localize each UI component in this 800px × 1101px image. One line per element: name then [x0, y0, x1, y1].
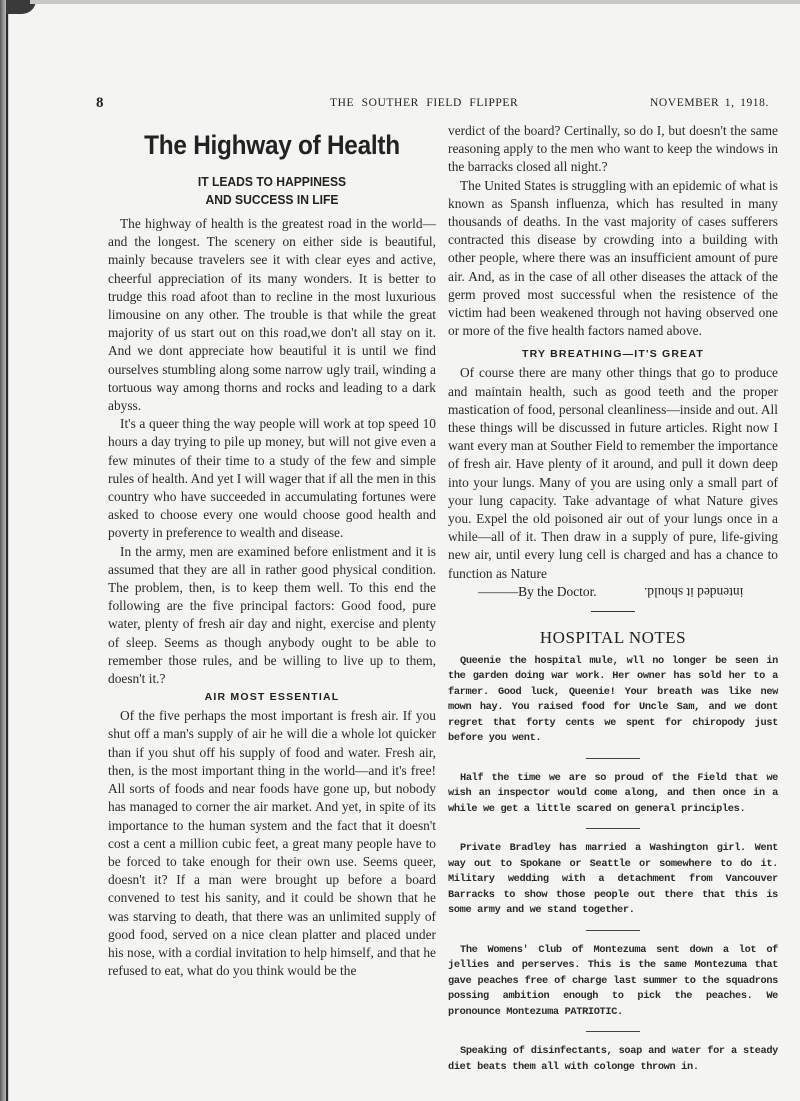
article-paragraph: It's a queer thing the way people will w…	[108, 415, 436, 542]
article-paragraph: The United States is struggling with an …	[448, 177, 778, 341]
hospital-note: Speaking of disinfectants, soap and wate…	[448, 1044, 778, 1075]
article-paragraph: Of course there are many other things th…	[448, 364, 778, 582]
hospital-note: Queenie the hospital mule, wll no longer…	[448, 654, 778, 747]
note-divider	[586, 828, 640, 829]
article-paragraph: In the army, men are examined before enl…	[108, 543, 436, 689]
upside-down-text: intended it should.	[644, 583, 743, 601]
binding-edge-line	[6, 8, 8, 1101]
hospital-note: The Womens' Club of Montezuma sent down …	[448, 943, 778, 1021]
paper-name: THE SOUTHER FIELD FLIPPER	[330, 97, 518, 109]
hospital-notes-title: HOSPITAL NOTES	[448, 628, 778, 648]
running-head: 8 THE SOUTHER FIELD FLIPPER NOVEMBER 1, …	[0, 95, 800, 115]
right-column: verdict of the board? Certinally, so do …	[448, 122, 778, 1075]
issue-date: NOVEMBER 1, 1918.	[650, 97, 769, 109]
subhead-line-1: IT LEADS TO HAPPINESS	[119, 173, 424, 191]
top-edge-band	[30, 0, 800, 4]
article-subhead: IT LEADS TO HAPPINESS AND SUCCESS IN LIF…	[119, 173, 424, 209]
signature-line: ———By the Doctor. intended it should.	[448, 583, 778, 601]
subhead-line-2: AND SUCCESS IN LIFE	[119, 191, 424, 209]
note-divider	[586, 758, 640, 759]
article-headline: The Highway of Health	[121, 130, 423, 161]
note-divider	[586, 1031, 640, 1032]
article-paragraph-continued: verdict of the board? Certinally, so do …	[448, 122, 778, 177]
page-number: 8	[96, 95, 104, 112]
article-paragraph: Of the five perhaps the most important i…	[108, 707, 436, 980]
section-heading-breathing: TRY BREATHING—IT'S GREAT	[448, 346, 778, 362]
article-paragraph: The highway of health is the greatest ro…	[108, 215, 436, 415]
divider-rule	[591, 611, 635, 612]
section-heading-air: AIR MOST ESSENTIAL	[108, 689, 436, 705]
author-signature: ———By the Doctor.	[478, 583, 597, 601]
left-column: The Highway of Health IT LEADS TO HAPPIN…	[108, 120, 436, 980]
hospital-note: Private Bradley has married a Washington…	[448, 841, 778, 919]
hospital-note: Half the time we are so proud of the Fie…	[448, 771, 778, 818]
note-divider	[586, 930, 640, 931]
